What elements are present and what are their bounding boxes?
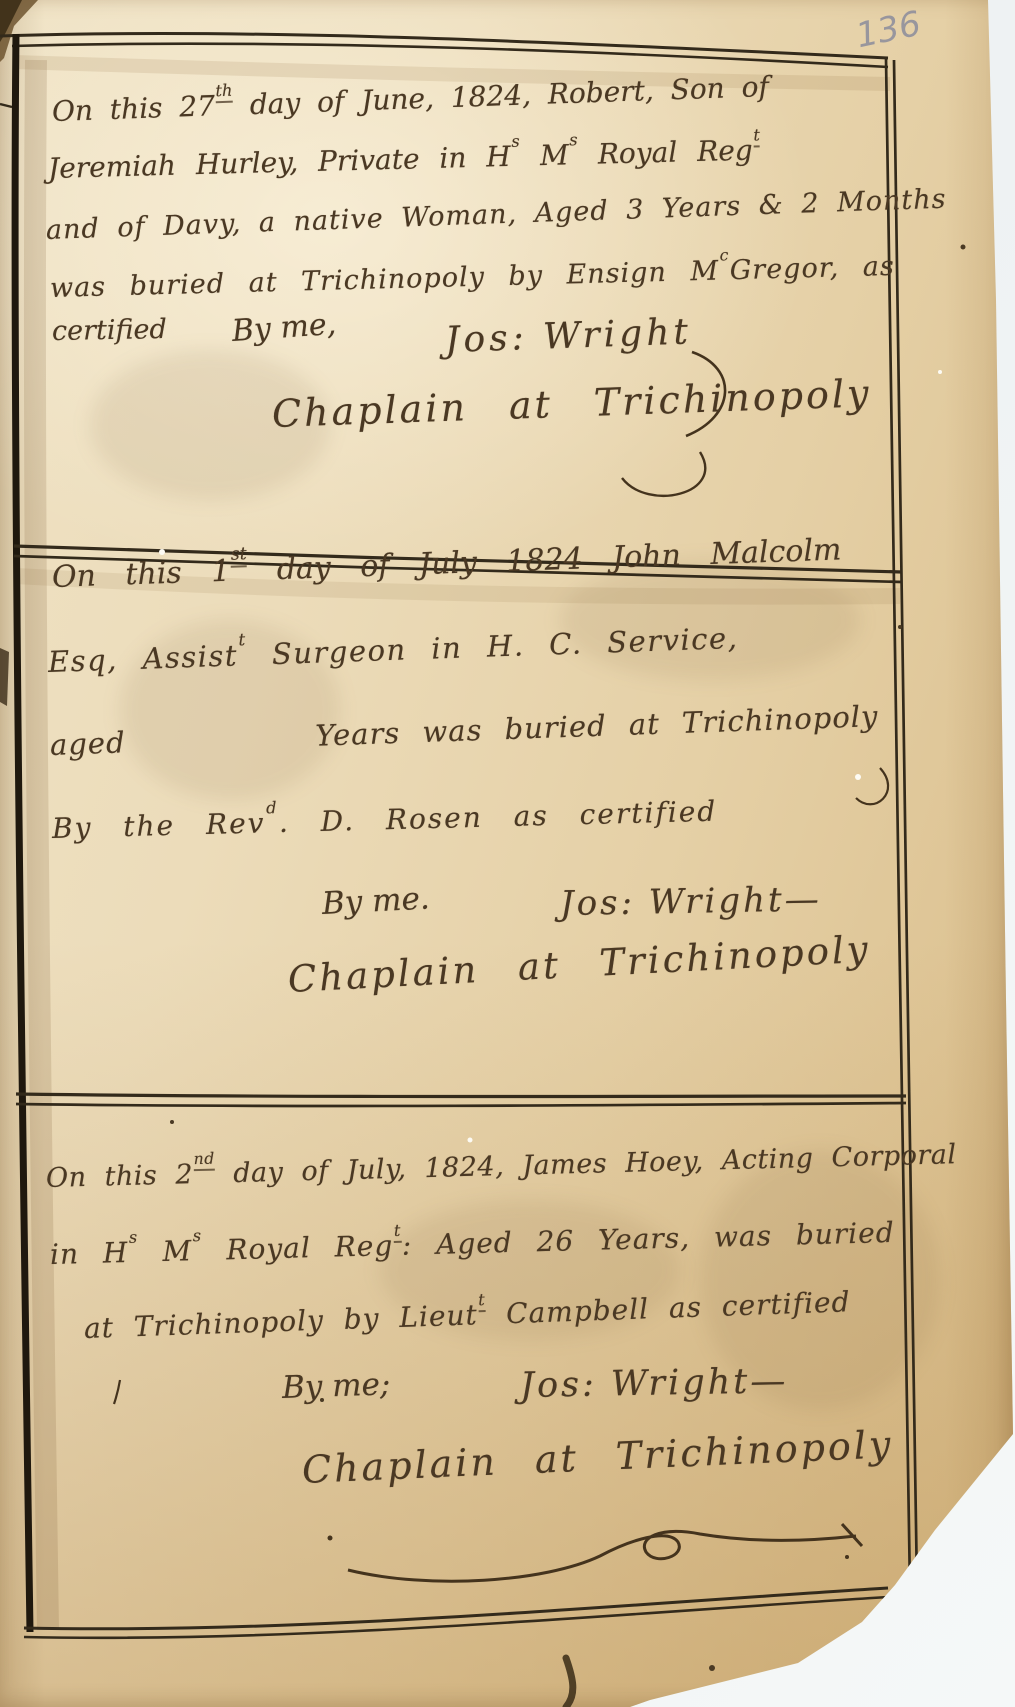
text-segment: On this 1 <box>51 554 231 595</box>
superscript: t <box>238 629 247 649</box>
entry1-signature: Jos: Wright <box>444 311 692 361</box>
paper-fleck <box>468 1138 473 1143</box>
entry1-line5: certified <box>52 314 167 347</box>
entry3-signature: Jos: Wright— <box>520 1361 789 1406</box>
speck <box>170 1120 174 1124</box>
text-segment: On this 2 <box>46 1159 194 1194</box>
superscript: s <box>193 1226 203 1245</box>
superscript: s <box>569 130 578 149</box>
frame-top-line-outer <box>0 33 888 58</box>
entry2-byline: By me. <box>321 880 430 922</box>
left-edge-smudge <box>0 648 9 706</box>
entry1-byline: By me, <box>231 307 337 349</box>
speck <box>328 1536 333 1541</box>
descender-flourish-entry1 <box>622 452 705 496</box>
superscript: t <box>478 1290 486 1312</box>
text-segment: Esq, Assist <box>47 638 238 679</box>
closing-flourish-entry3 <box>348 1524 862 1581</box>
separator2-line-upper <box>16 1094 906 1097</box>
signature-name: Jos: Wright— <box>560 879 822 924</box>
speck <box>709 1665 715 1671</box>
superscript: s <box>511 131 520 150</box>
text-segment: M <box>138 1234 192 1268</box>
byline-text: By me, <box>231 307 337 349</box>
separator2-line-lower <box>16 1103 906 1106</box>
superscript: th <box>215 80 233 103</box>
byline-text: By me. <box>321 880 430 922</box>
text-segment: in H <box>50 1236 129 1271</box>
superscript: c <box>719 246 729 265</box>
speck <box>961 245 966 250</box>
paper-fleck <box>159 549 165 555</box>
text-segment: By the Rev <box>52 806 266 845</box>
text-segment: On this 27 <box>51 89 215 128</box>
superscript: s <box>129 1227 139 1246</box>
speck <box>845 1555 849 1559</box>
descender-flourish-entry2 <box>856 768 888 804</box>
superscript: st <box>230 545 247 569</box>
paper-fleck <box>855 774 861 780</box>
signature-name: Jos: Wright— <box>520 1361 789 1406</box>
text-segment: Royal Reg <box>202 1229 394 1267</box>
ink-stroke-below-frame <box>566 1658 573 1707</box>
superscript: nd <box>193 1149 215 1172</box>
text-segment: Royal Reg <box>578 134 754 172</box>
paper-fleck <box>938 370 942 374</box>
superscript: t <box>753 125 760 147</box>
superscript: t <box>394 1221 402 1243</box>
text-segment: aged <box>49 725 126 762</box>
text-segment: certified <box>52 314 167 347</box>
entry3-byline: By me; <box>281 1366 391 1406</box>
gutter-shadow <box>35 60 48 1630</box>
frame-bottom-line-upper <box>24 1588 888 1629</box>
margin-rule-stub <box>0 104 12 107</box>
entry2-signature: Jos: Wright— <box>560 879 822 924</box>
speck <box>898 625 902 629</box>
superscript: d <box>266 798 279 817</box>
byline-text: By me; <box>281 1366 391 1406</box>
text-segment: Gregor, as <box>729 251 895 286</box>
text-segment: M <box>520 138 569 172</box>
scanned-register-photo: 136 On this 27th day of June, 1824, Robe… <box>0 0 1015 1707</box>
signature-name: Jos: Wright <box>444 311 692 361</box>
register-page: 136 On this 27th day of June, 1824, Robe… <box>0 0 1015 1707</box>
stray-pen-mark <box>114 1380 120 1404</box>
